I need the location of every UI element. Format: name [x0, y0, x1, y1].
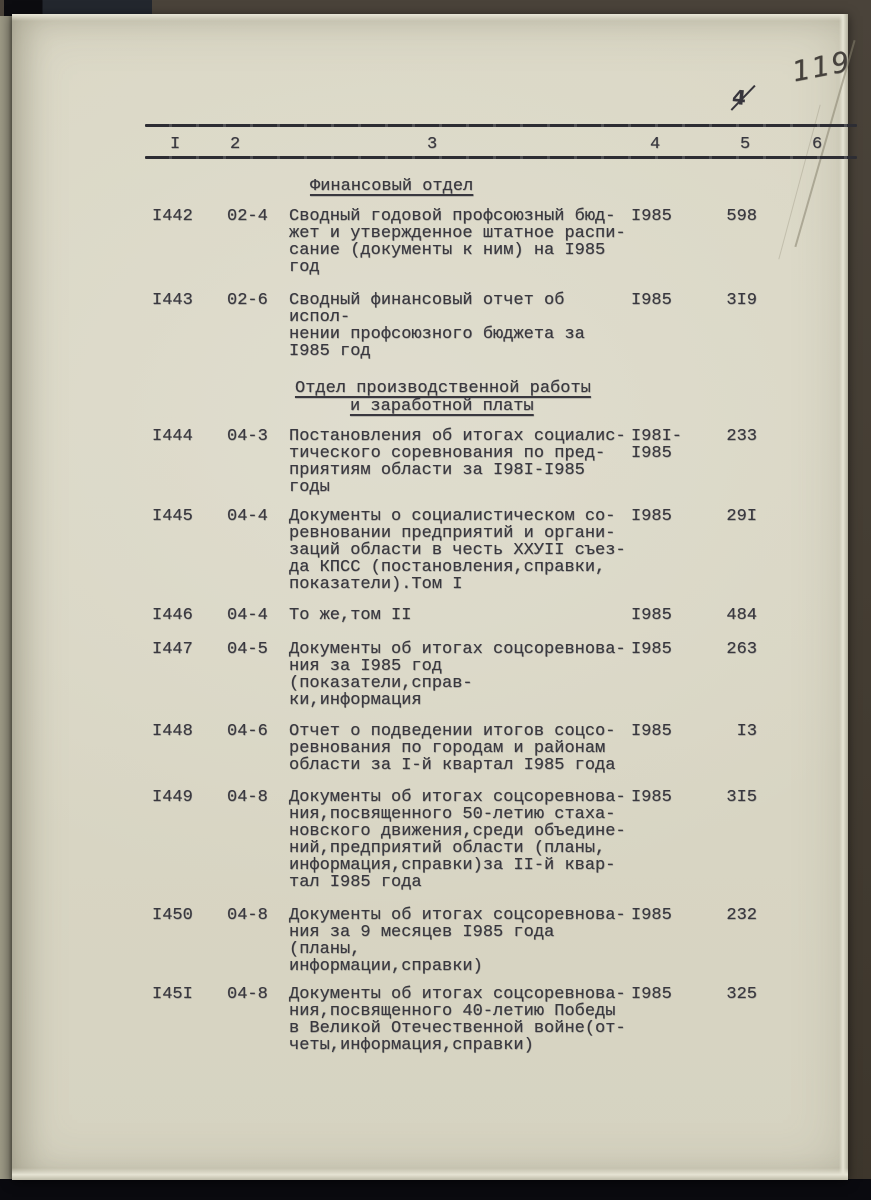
entry-dates: I985	[631, 641, 692, 709]
column-header-3: 3	[427, 135, 437, 154]
column-header-4: 4	[650, 135, 660, 154]
entry-sheet-count: 232	[692, 907, 757, 975]
entry-number: I446	[152, 607, 227, 624]
entry-number: I443	[152, 292, 227, 360]
entry-sheet-count: 263	[692, 641, 757, 709]
column-header-row: I 2 3 4 5 6	[12, 135, 848, 153]
column-header-5: 5	[740, 135, 750, 154]
entry-dates: I985	[631, 723, 692, 774]
entry-sheet-count: 233	[692, 428, 757, 496]
inventory-row: I444 04-3 Постановления об итогах социал…	[152, 428, 848, 496]
section-title-line: Отдел производственной работы	[295, 380, 848, 398]
column-header-1: I	[170, 135, 180, 154]
entry-dates: I985	[631, 508, 692, 593]
inventory-row: I447 04-5 Документы об итогах соцсоревно…	[152, 641, 848, 709]
entry-description: Сводный финансовый отчет об испол- нении…	[289, 292, 631, 360]
entry-code: 04-3	[227, 428, 289, 496]
inventory-row: I448 04-6 Отчет о подведении итогов соцс…	[152, 723, 848, 774]
entry-description: Документы об итогах соцсоревнова- ния,по…	[289, 986, 631, 1054]
entry-dates: I985	[631, 789, 692, 891]
inventory-row: I445 04-4 Документы о социалистическом с…	[152, 508, 848, 593]
entry-description: Документы об итогах соцсоревнова- ния,по…	[289, 789, 631, 891]
entry-code: 04-5	[227, 641, 289, 709]
entry-sheet-count: 3I5	[692, 789, 757, 891]
page-stack-top-edge	[12, 14, 848, 21]
document-page: 119 4 I 2 3 4 5 6 Финансовый отдел I442 …	[12, 14, 848, 1180]
entry-dates: I98I- I985	[631, 428, 692, 496]
table-top-rule	[145, 124, 857, 127]
entry-sheet-count: 3I9	[692, 292, 757, 360]
table-body: Финансовый отдел I442 02-4 Сводный годов…	[12, 178, 848, 1054]
entry-number: I445	[152, 508, 227, 593]
entry-number: I444	[152, 428, 227, 496]
entry-code: 04-8	[227, 986, 289, 1054]
entry-description: То же,том II	[289, 607, 631, 624]
entry-sheet-count: 325	[692, 986, 757, 1054]
crossed-out-mark: 4	[731, 85, 760, 114]
entry-description: Документы о социалистическом со- ревнова…	[289, 508, 631, 593]
entry-number: I442	[152, 208, 227, 276]
entry-code: 04-4	[227, 508, 289, 593]
section-title-production: Отдел производственной работы и заработн…	[12, 380, 848, 416]
entry-number: I448	[152, 723, 227, 774]
entry-description: Постановления об итогах социалис- тическ…	[289, 428, 631, 496]
column-header-6: 6	[812, 135, 822, 154]
entry-dates: I985	[631, 607, 692, 624]
entry-code: 04-8	[227, 789, 289, 891]
entry-dates: I985	[631, 208, 692, 276]
entry-number: I45I	[152, 986, 227, 1054]
entry-sheet-count: I3	[692, 723, 757, 774]
column-header-2: 2	[230, 135, 240, 154]
section-title-line: и заработной платы	[350, 398, 848, 416]
table-header-rule	[145, 156, 857, 159]
entry-code: 04-4	[227, 607, 289, 624]
scan-bottom-edge	[0, 1179, 871, 1200]
entry-number: I450	[152, 907, 227, 975]
entry-code: 04-6	[227, 723, 289, 774]
entry-description: Документы об итогах соцсоревнова- ния за…	[289, 907, 631, 975]
inventory-row: I45I 04-8 Документы об итогах соцсоревно…	[152, 986, 848, 1054]
entry-dates: I985	[631, 907, 692, 975]
inventory-row: I446 04-4 То же,том II I985 484	[152, 607, 848, 624]
entry-description: Документы об итогах соцсоревнова- ния за…	[289, 641, 631, 709]
entry-number: I449	[152, 789, 227, 891]
entry-dates: I985	[631, 292, 692, 360]
inventory-row: I443 02-6 Сводный финансовый отчет об ис…	[152, 292, 848, 360]
entry-dates: I985	[631, 986, 692, 1054]
entry-description: Отчет о подведении итогов соцсо- ревнова…	[289, 723, 631, 774]
entry-sheet-count: 598	[692, 208, 757, 276]
entry-code: 02-4	[227, 208, 289, 276]
page-stack-bottom-edge	[12, 1168, 848, 1180]
page-stack-left-edge	[0, 16, 12, 1182]
section-title-finance: Финансовый отдел	[310, 178, 848, 195]
inventory-row: I442 02-4 Сводный годовой профсоюзный бю…	[152, 208, 848, 276]
scan-scene: 119 4 I 2 3 4 5 6 Финансовый отдел I442 …	[0, 0, 871, 1200]
entry-code: 02-6	[227, 292, 289, 360]
inventory-row: I450 04-8 Документы об итогах соцсоревно…	[152, 907, 848, 975]
inventory-row: I449 04-8 Документы об итогах соцсоревно…	[152, 789, 848, 891]
entry-description: Сводный годовой профсоюзный бюд- жет и у…	[289, 208, 631, 276]
entry-code: 04-8	[227, 907, 289, 975]
entry-sheet-count: 29I	[692, 508, 757, 593]
entry-number: I447	[152, 641, 227, 709]
entry-sheet-count: 484	[692, 607, 757, 624]
